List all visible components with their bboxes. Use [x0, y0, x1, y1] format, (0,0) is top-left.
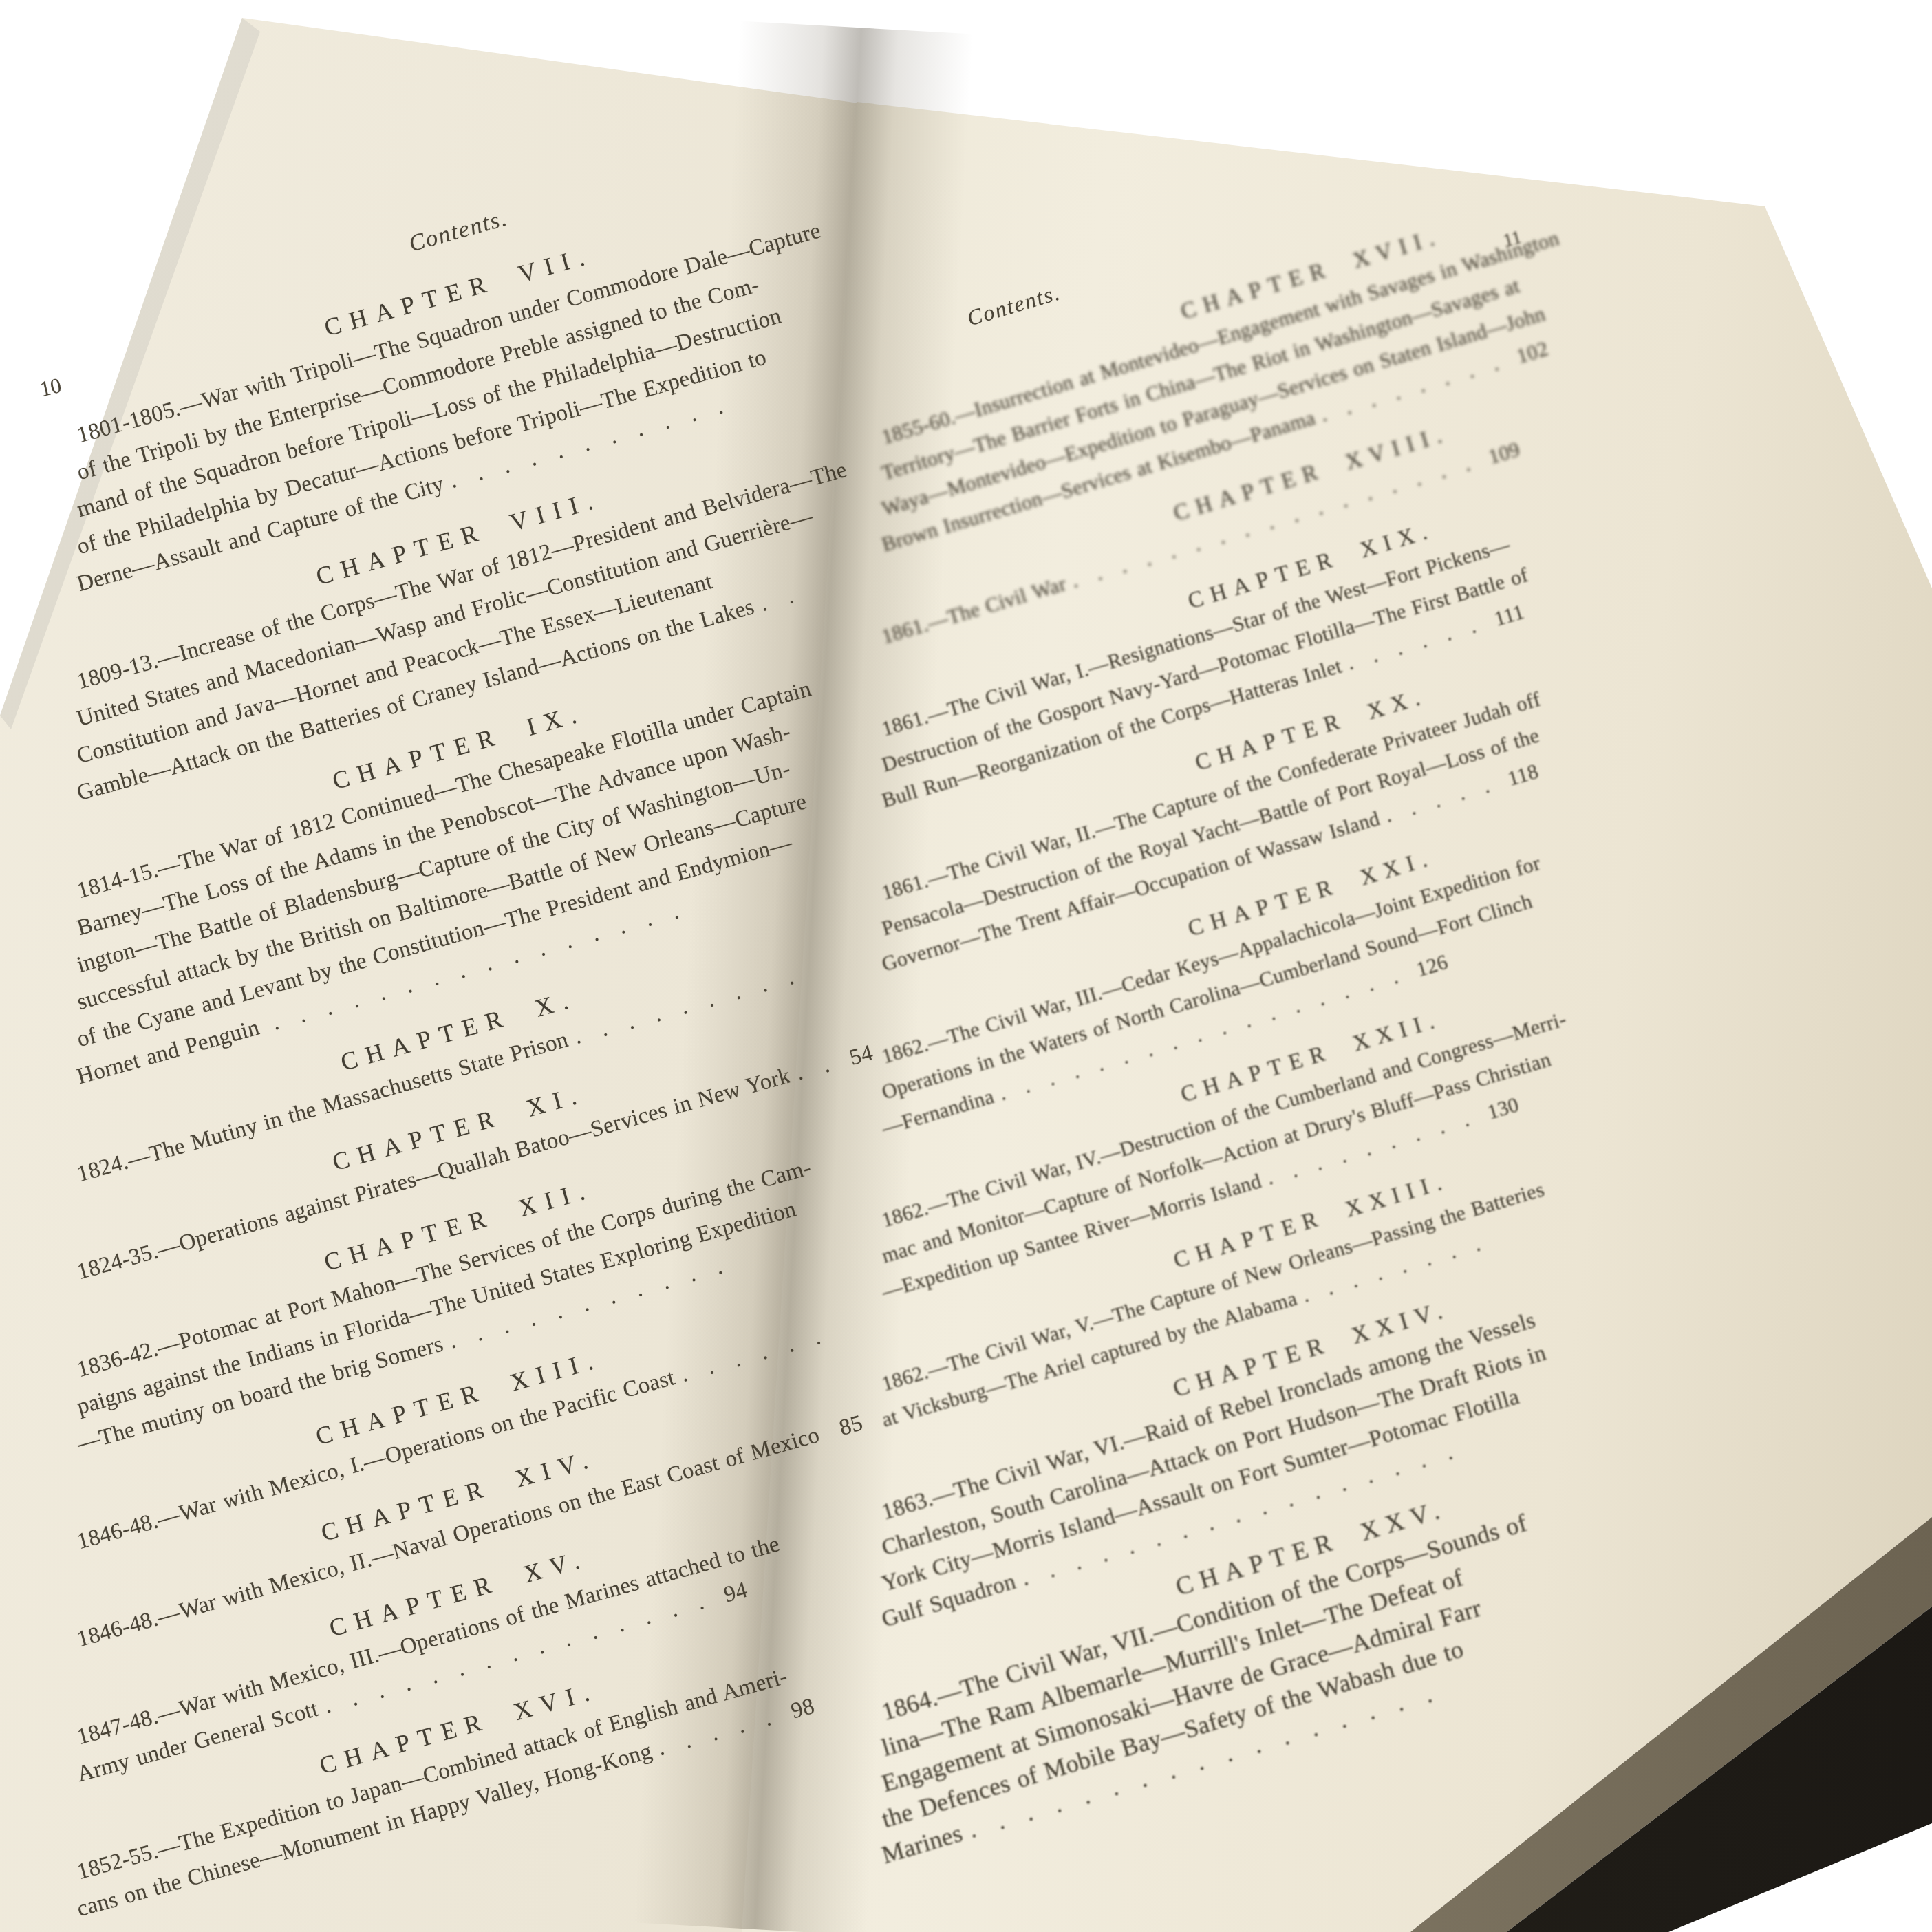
right-page-text: Contents. CHAPTER XVII.1855-60.—Insurrec…	[888, 323, 1782, 1873]
chapter-block: CHAPTER XVI.1852-55.—The Expedition to J…	[83, 1814, 874, 1928]
book-photo: 10 11 Contents. CHAPTER VII.1801-1805.—W…	[0, 0, 1932, 1932]
left-page-text: Contents. CHAPTER VII.1801-1805.—War wit…	[83, 316, 874, 1928]
left-page-number: 10	[37, 373, 63, 402]
